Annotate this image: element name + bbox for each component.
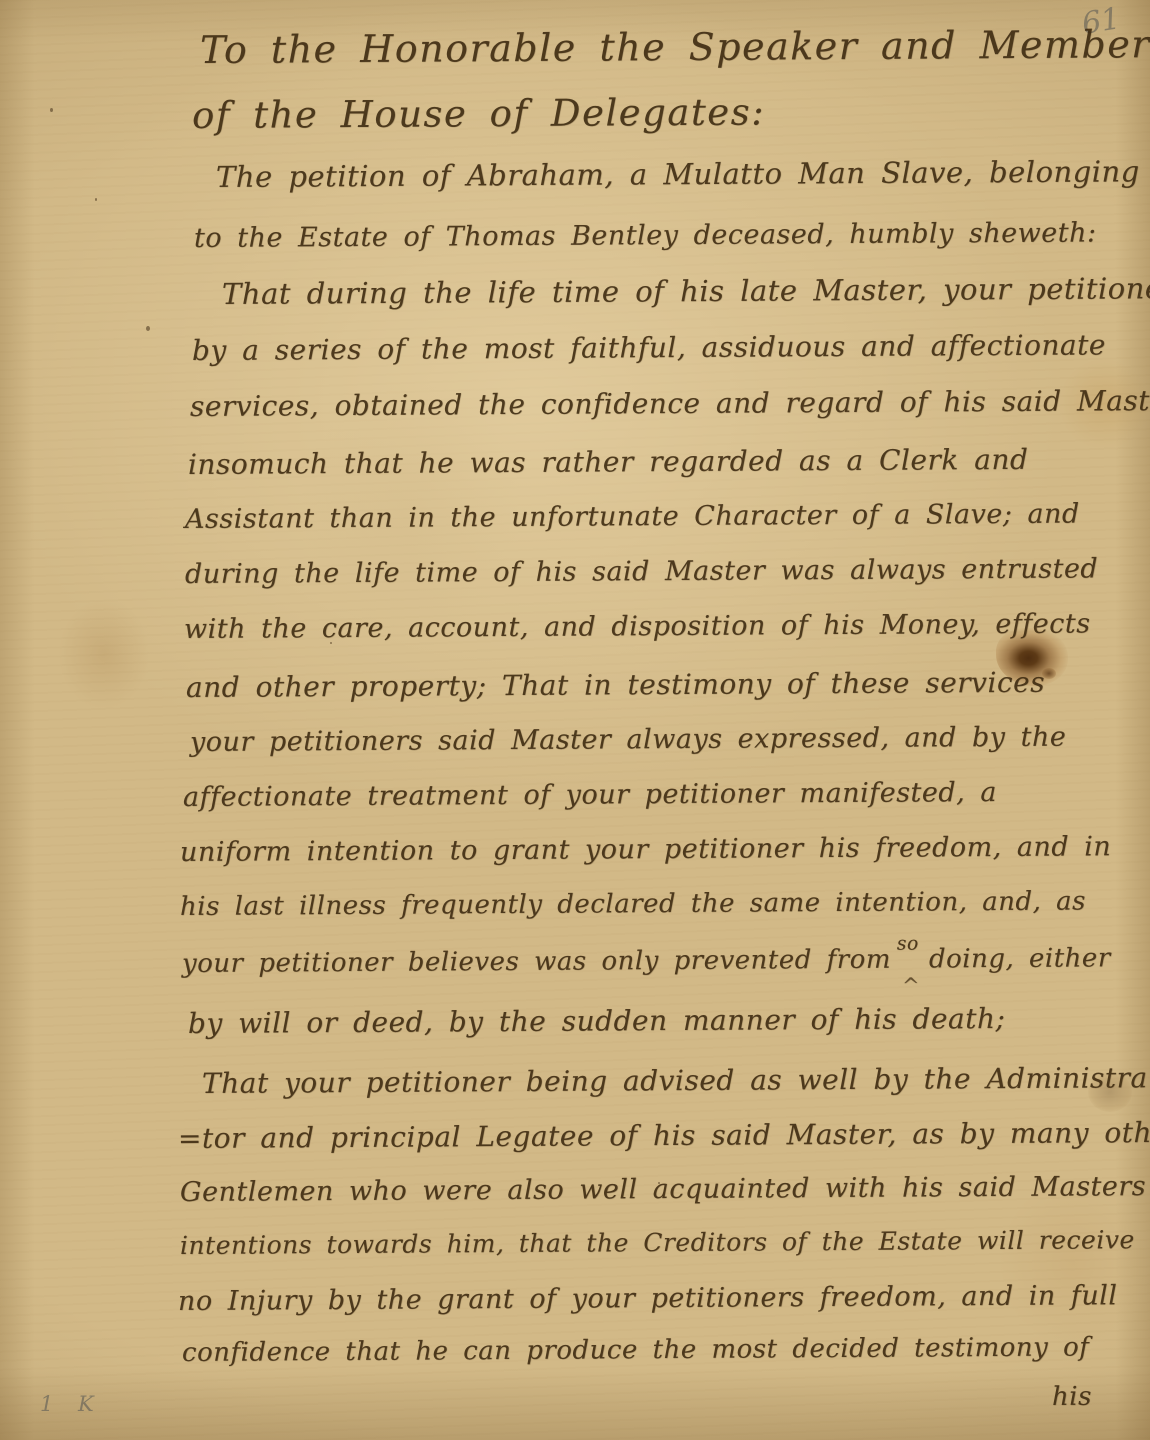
manuscript-line: his last illness frequently declared the… xyxy=(180,886,1086,922)
manuscript-line: intentions towards him, that the Credito… xyxy=(180,1225,1135,1260)
manuscript-line: =tor and principal Legatee of his said M… xyxy=(178,1116,1150,1155)
archival-mark-pencil: 1 K xyxy=(40,1392,103,1416)
manuscript-line: Assistant than in the unfortunate Charac… xyxy=(185,499,1080,535)
manuscript-line: by will or deed, by the sudden manner of… xyxy=(188,1002,1006,1040)
manuscript-line: during the life time of his said Master … xyxy=(185,553,1098,590)
paper-speck xyxy=(95,198,97,201)
manuscript-line: and other property; That in testimony of… xyxy=(186,666,1045,704)
manuscript-page: 61 1 K To the Honorable the Speaker and … xyxy=(0,0,1150,1440)
paper-speck xyxy=(50,108,53,112)
manuscript-line: affectionate treatment of your petitione… xyxy=(183,777,997,813)
line-text-pre: your petitioner believes was only preven… xyxy=(182,945,891,979)
manuscript-line: your petitioner believes was only preven… xyxy=(182,943,1111,979)
manuscript-line: The petition of Abraham, a Mulatto Man S… xyxy=(216,154,1140,194)
manuscript-line: no Injury by the grant of your petitione… xyxy=(178,1280,1118,1317)
foxing-stain xyxy=(998,1178,1148,1348)
manuscript-line: to the Estate of Thomas Bentley deceased… xyxy=(194,217,1097,254)
catchword: his xyxy=(1052,1382,1092,1412)
manuscript-line: Gentlemen who were also well acquainted … xyxy=(180,1171,1146,1208)
line-text-post: doing, either xyxy=(929,943,1111,974)
manuscript-line: your petitioners said Master always expr… xyxy=(190,722,1066,758)
manuscript-line: That during the life time of his late Ma… xyxy=(222,271,1150,311)
manuscript-line: by a series of the most faithful, assidu… xyxy=(192,328,1106,367)
manuscript-line: That your petitioner being advised as we… xyxy=(202,1061,1150,1100)
inserted-word: so xyxy=(897,933,919,954)
paper-speck xyxy=(146,326,150,331)
manuscript-line: insomuch that he was rather regarded as … xyxy=(188,443,1029,481)
manuscript-line: of the House of Delegates: xyxy=(192,90,765,137)
manuscript-line: with the care, account, and disposition … xyxy=(184,608,1091,645)
manuscript-line: uniform intention to grant your petition… xyxy=(180,831,1111,868)
insertion-caret: ^ xyxy=(902,973,920,997)
manuscript-line: services, obtained the confidence and re… xyxy=(190,384,1150,423)
manuscript-line: confidence that he can produce the most … xyxy=(182,1332,1090,1368)
manuscript-line: To the Honorable the Speaker and Members xyxy=(200,22,1150,72)
foxing-stain xyxy=(58,598,150,710)
